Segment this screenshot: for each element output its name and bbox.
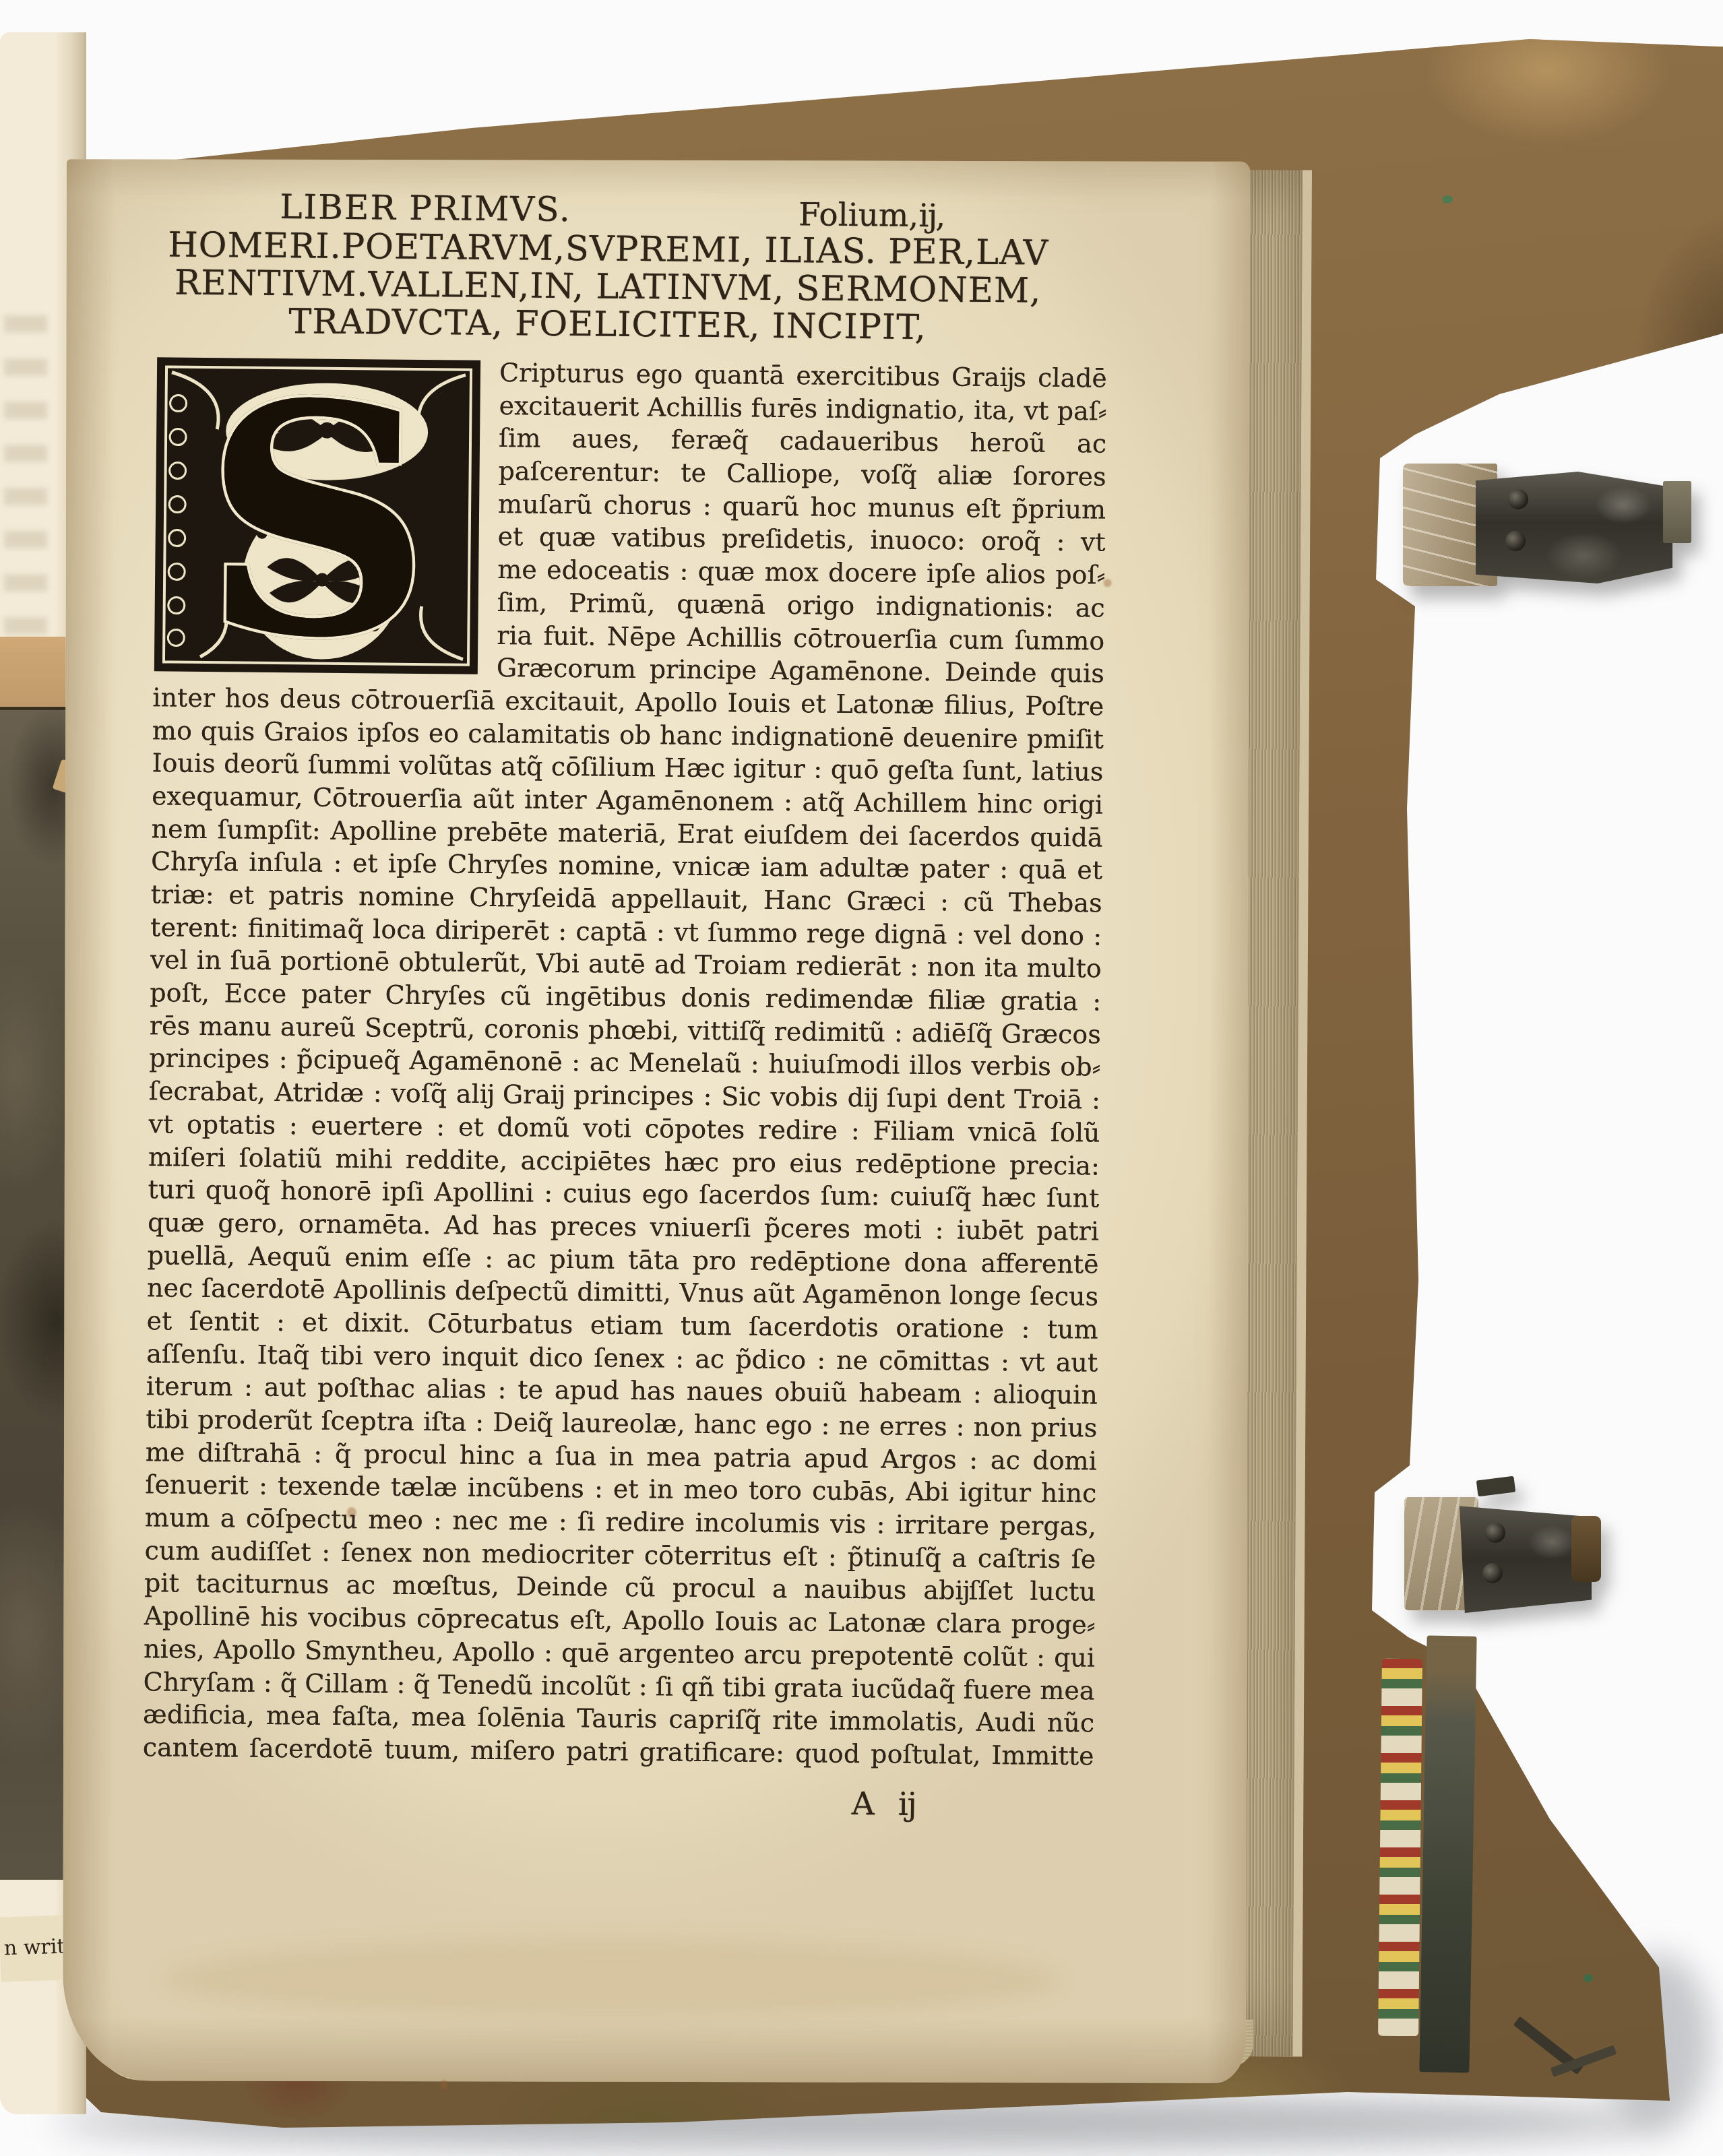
running-title: LIBER PRIMVS. — [280, 187, 571, 229]
text-line: paſcerentur: te Calliope, voſq̃ aliæ ſor… — [498, 455, 1106, 493]
body-text: S Cripturus ego quantā exercitibus Graĳs… — [143, 353, 1108, 1773]
fox-spot — [440, 2080, 448, 2089]
rivet — [1485, 1523, 1505, 1543]
printed-text-layer: LIBER PRIMVS. Folium,ĳ, HOMERI.POETARVM,… — [49, 156, 1250, 2088]
incipit-title: HOMERI.POETARVM,SVPREMI, ILIAS. PER,LAV … — [104, 226, 1112, 349]
text-line: Græcorum principe Agamēnone. Deinde quis — [497, 652, 1104, 690]
leather-strap-remnant — [1419, 1635, 1476, 2072]
clasp-metal-plate — [1476, 472, 1672, 583]
text-line: Cripturus ego quantā exercitibus Graĳs c… — [499, 356, 1107, 395]
text-line: muſarũ chorus : quarũ hoc munus eſt p̃pr… — [498, 488, 1106, 526]
text-line: ſim aues, feræq̃ cadaueribus heroũ ac pr… — [499, 422, 1106, 460]
clasp-lower — [1402, 1478, 1624, 1620]
text-line: ria fuit. Nēpe Achillis cōtrouerſia cum … — [497, 619, 1104, 658]
signature-mark: A ĳ — [852, 1785, 922, 1823]
photo-backdrop: n written. LIBER PRIMVS. Folium,ĳ, HOMER… — [0, 0, 1723, 2156]
clasp-catch-tab — [1663, 481, 1691, 543]
text-line: me edoceatis : quæ mox docere ipſe alios… — [497, 553, 1105, 592]
folio-number: Folium,ĳ, — [798, 196, 946, 234]
corrosion-speck — [1442, 195, 1453, 203]
rivet — [1508, 489, 1528, 509]
clasp-upper — [1403, 462, 1694, 590]
text-line: ſim, Primũ, quænā origo indignationis: a… — [497, 586, 1105, 625]
woodcut-initial-S: S — [153, 356, 482, 676]
text-line: et quæ vatibus preſidetis, inuoco: oroq̃… — [497, 521, 1105, 559]
rivet — [1505, 531, 1526, 551]
clasp-leather-loop — [1571, 1516, 1601, 1582]
rivet — [1482, 1563, 1503, 1583]
clasp-hook — [1476, 1476, 1516, 1497]
page-header: LIBER PRIMVS. Folium,ĳ, — [157, 186, 1108, 232]
initial-letter-glyph: S — [201, 356, 434, 676]
book-page: LIBER PRIMVS. Folium,ĳ, HOMERI.POETARVM,… — [63, 159, 1250, 2083]
corrosion-speck — [1678, 822, 1691, 833]
decorated-paper-strip — [1378, 1659, 1422, 2037]
text-line: excitauerit Achillis furēs indignatio, i… — [499, 389, 1106, 428]
corrosion-speck — [1584, 1974, 1593, 1982]
